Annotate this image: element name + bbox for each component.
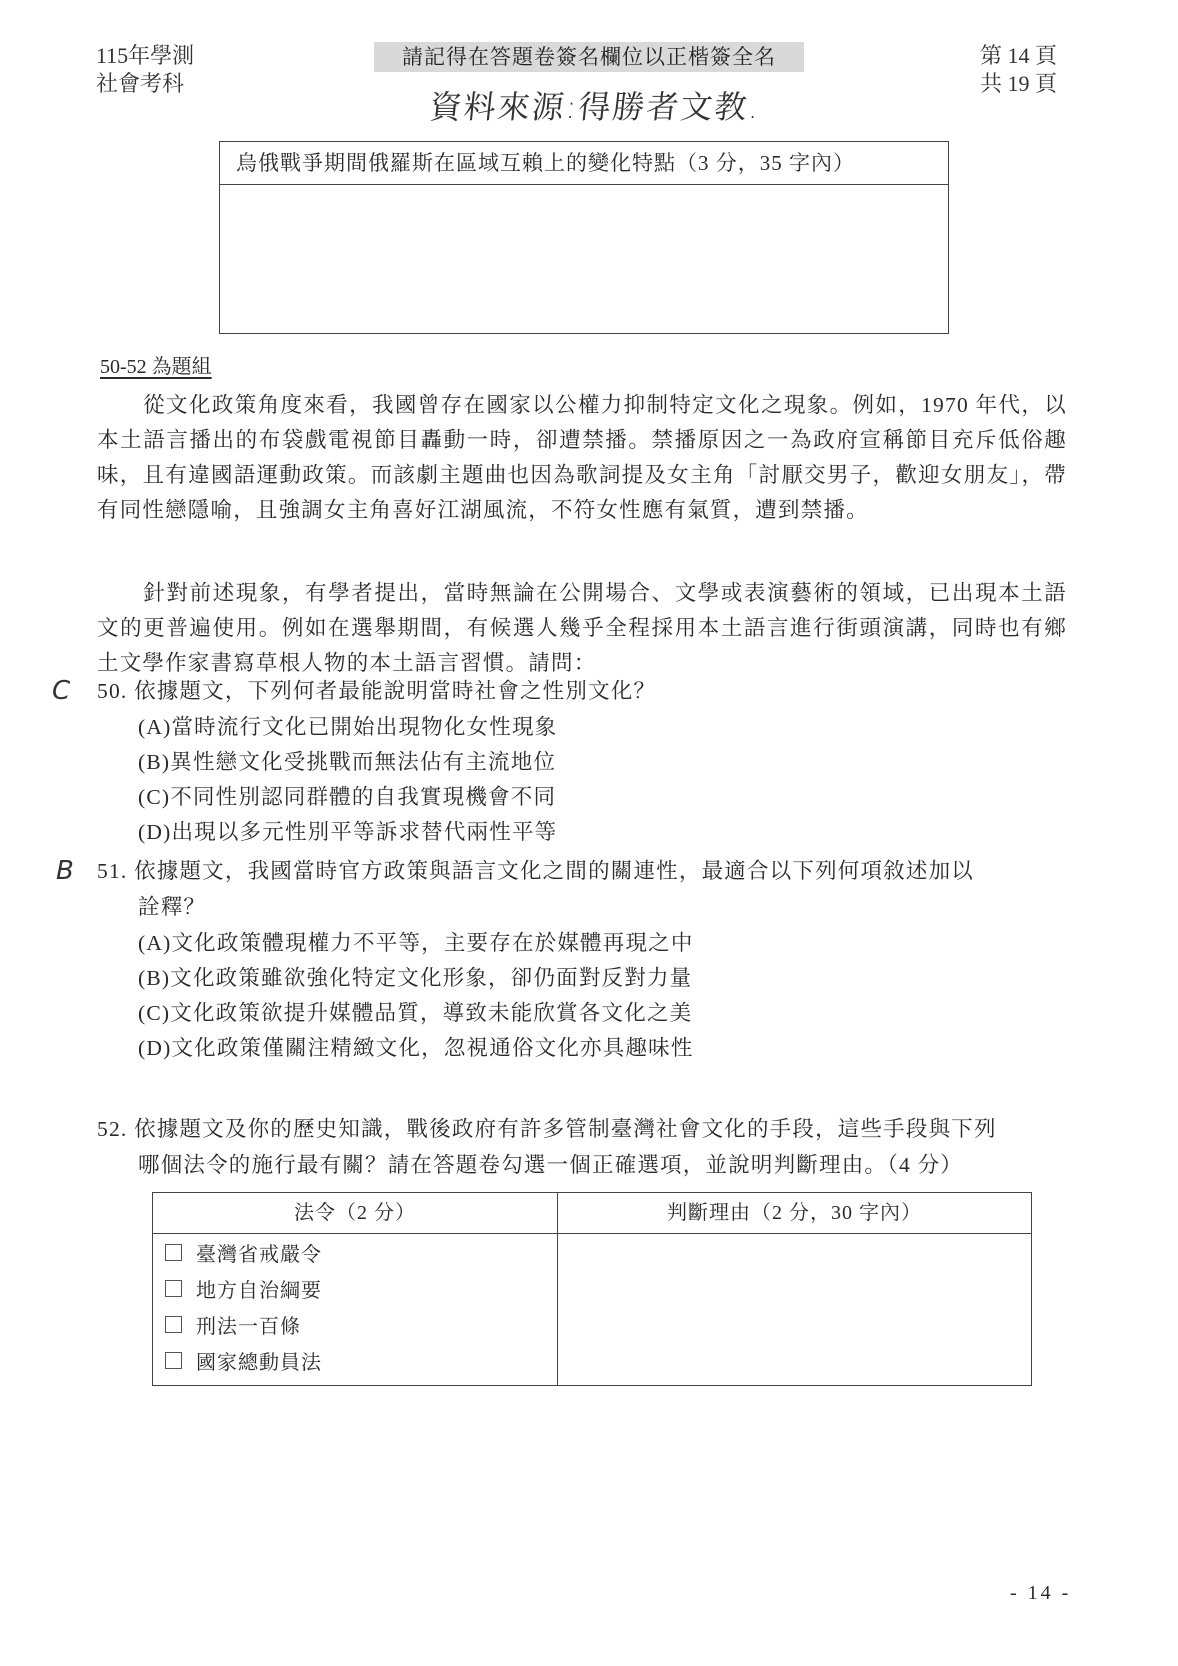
- checkbox-icon[interactable]: [165, 1316, 182, 1333]
- question-number: 51.: [97, 854, 127, 889]
- question-number: 52.: [97, 1112, 127, 1147]
- question-text: 依據題文及你的歷史知識，戰後政府有許多管制臺灣社會文化的手段，這些手段與下列: [134, 1117, 997, 1141]
- law-column: 法令（2 分） 臺灣省戒嚴令 地方自治綱要 刑法一百條 國家總動員法: [153, 1193, 558, 1385]
- law-choice-label: 臺灣省戒嚴令: [196, 1238, 322, 1267]
- question-group-label: 50-52 為題組: [100, 350, 212, 379]
- q50-option-d[interactable]: (D)出現以多元性別平等訴求替代兩性平等: [138, 815, 557, 849]
- law-choice-4[interactable]: 國家總動員法: [153, 1342, 557, 1378]
- q50-option-b[interactable]: (B)異性戀文化受挑戰而無法佔有主流地位: [138, 745, 556, 779]
- passage-paragraph-1: 從文化政策角度來看，我國曾存在國家以公權力抑制特定文化之現象。例如，1970 年…: [97, 388, 1067, 528]
- passage-text-1: 從文化政策角度來看，我國曾存在國家以公權力抑制特定文化之現象。例如，1970 年…: [97, 393, 1067, 522]
- law-choice-1[interactable]: 臺灣省戒嚴令: [153, 1234, 557, 1270]
- question-52-stem-continued: 哪個法令的施行最有關？請在答題卷勾選一個正確選項，並說明判斷理由。（4 分）: [138, 1148, 963, 1182]
- question-52-stem: 52. 依據題文及你的歷史知識，戰後政府有許多管制臺灣社會文化的手段，這些手段與…: [97, 1112, 1072, 1147]
- question-51-stem: 51. 依據題文，我國當時官方政策與語言文化之間的關連性，最適合以下列何項敘述加…: [97, 854, 1072, 889]
- q50-option-a[interactable]: (A)當時流行文化已開始出現物化女性現象: [138, 710, 557, 744]
- q52-answer-table: 法令（2 分） 臺灣省戒嚴令 地方自治綱要 刑法一百條 國家總動員法 判斷理由（…: [152, 1192, 1032, 1386]
- passage-text-2: 針對前述現象，有學者提出，當時無論在公開場合、文學或表演藝術的領域，已出現本土語…: [97, 581, 1067, 675]
- answer-box-heading: 烏俄戰爭期間俄羅斯在區域互賴上的變化特點（3 分，35 字內）: [220, 142, 948, 185]
- exam-subject: 社會考科: [96, 70, 194, 98]
- exam-header-left: 115年學測 社會考科: [96, 42, 194, 98]
- answer-box-body[interactable]: [220, 185, 948, 333]
- q51-option-a[interactable]: (A)文化政策體現權力不平等，主要存在於媒體再現之中: [138, 926, 694, 960]
- page-current: 第 14 頁: [980, 42, 1057, 70]
- reason-answer-area[interactable]: [558, 1234, 1031, 1384]
- law-choice-2[interactable]: 地方自治綱要: [153, 1270, 557, 1306]
- exam-header-right: 第 14 頁 共 19 頁: [980, 42, 1057, 98]
- signature-notice: 請記得在答題卷簽名欄位以正楷簽全名: [374, 42, 804, 72]
- question-text: 依據題文，下列何者最能說明當時社會之性別文化？: [134, 679, 656, 703]
- reason-column-header: 判斷理由（2 分，30 字內）: [558, 1193, 1031, 1234]
- q50-option-c[interactable]: (C)不同性別認同群體的自我實現機會不同: [138, 780, 556, 814]
- handwritten-answer-51: B: [56, 856, 74, 886]
- handwritten-answer-50: C: [52, 676, 70, 706]
- law-choice-label: 刑法一百條: [196, 1310, 301, 1339]
- checkbox-icon[interactable]: [165, 1280, 182, 1297]
- passage-paragraph-2: 針對前述現象，有學者提出，當時無論在公開場合、文學或表演藝術的領域，已出現本土語…: [97, 576, 1067, 681]
- q51-option-d[interactable]: (D)文化政策僅關注精緻文化，忽視通俗文化亦具趣味性: [138, 1031, 694, 1065]
- law-choice-label: 地方自治綱要: [196, 1274, 322, 1303]
- law-choice-3[interactable]: 刑法一百條: [153, 1306, 557, 1342]
- q51-option-c[interactable]: (C)文化政策欲提升媒體品質，導致未能欣賞各文化之美: [138, 996, 692, 1030]
- question-50-stem: 50. 依據題文，下列何者最能說明當時社會之性別文化？: [97, 674, 1072, 709]
- question-text: 依據題文，我國當時官方政策與語言文化之間的關連性，最適合以下列何項敘述加以: [134, 859, 974, 883]
- page-number-footer: - 14 -: [1010, 1582, 1071, 1605]
- handwritten-source-note: 資料來源:得勝者文教.: [428, 82, 764, 128]
- checkbox-icon[interactable]: [165, 1352, 182, 1369]
- page-total: 共 19 頁: [980, 70, 1057, 98]
- law-choice-label: 國家總動員法: [196, 1346, 322, 1375]
- checkbox-icon[interactable]: [165, 1244, 182, 1261]
- q51-option-b[interactable]: (B)文化政策雖欲強化特定文化形象，卻仍面對反對力量: [138, 961, 692, 995]
- question-51-stem-continued: 詮釋？: [138, 890, 206, 924]
- question-number: 50.: [97, 674, 127, 709]
- exam-year: 115年學測: [96, 42, 194, 70]
- law-column-header: 法令（2 分）: [153, 1193, 557, 1234]
- reason-column: 判斷理由（2 分，30 字內）: [558, 1193, 1031, 1385]
- answer-box: 烏俄戰爭期間俄羅斯在區域互賴上的變化特點（3 分，35 字內）: [219, 141, 949, 334]
